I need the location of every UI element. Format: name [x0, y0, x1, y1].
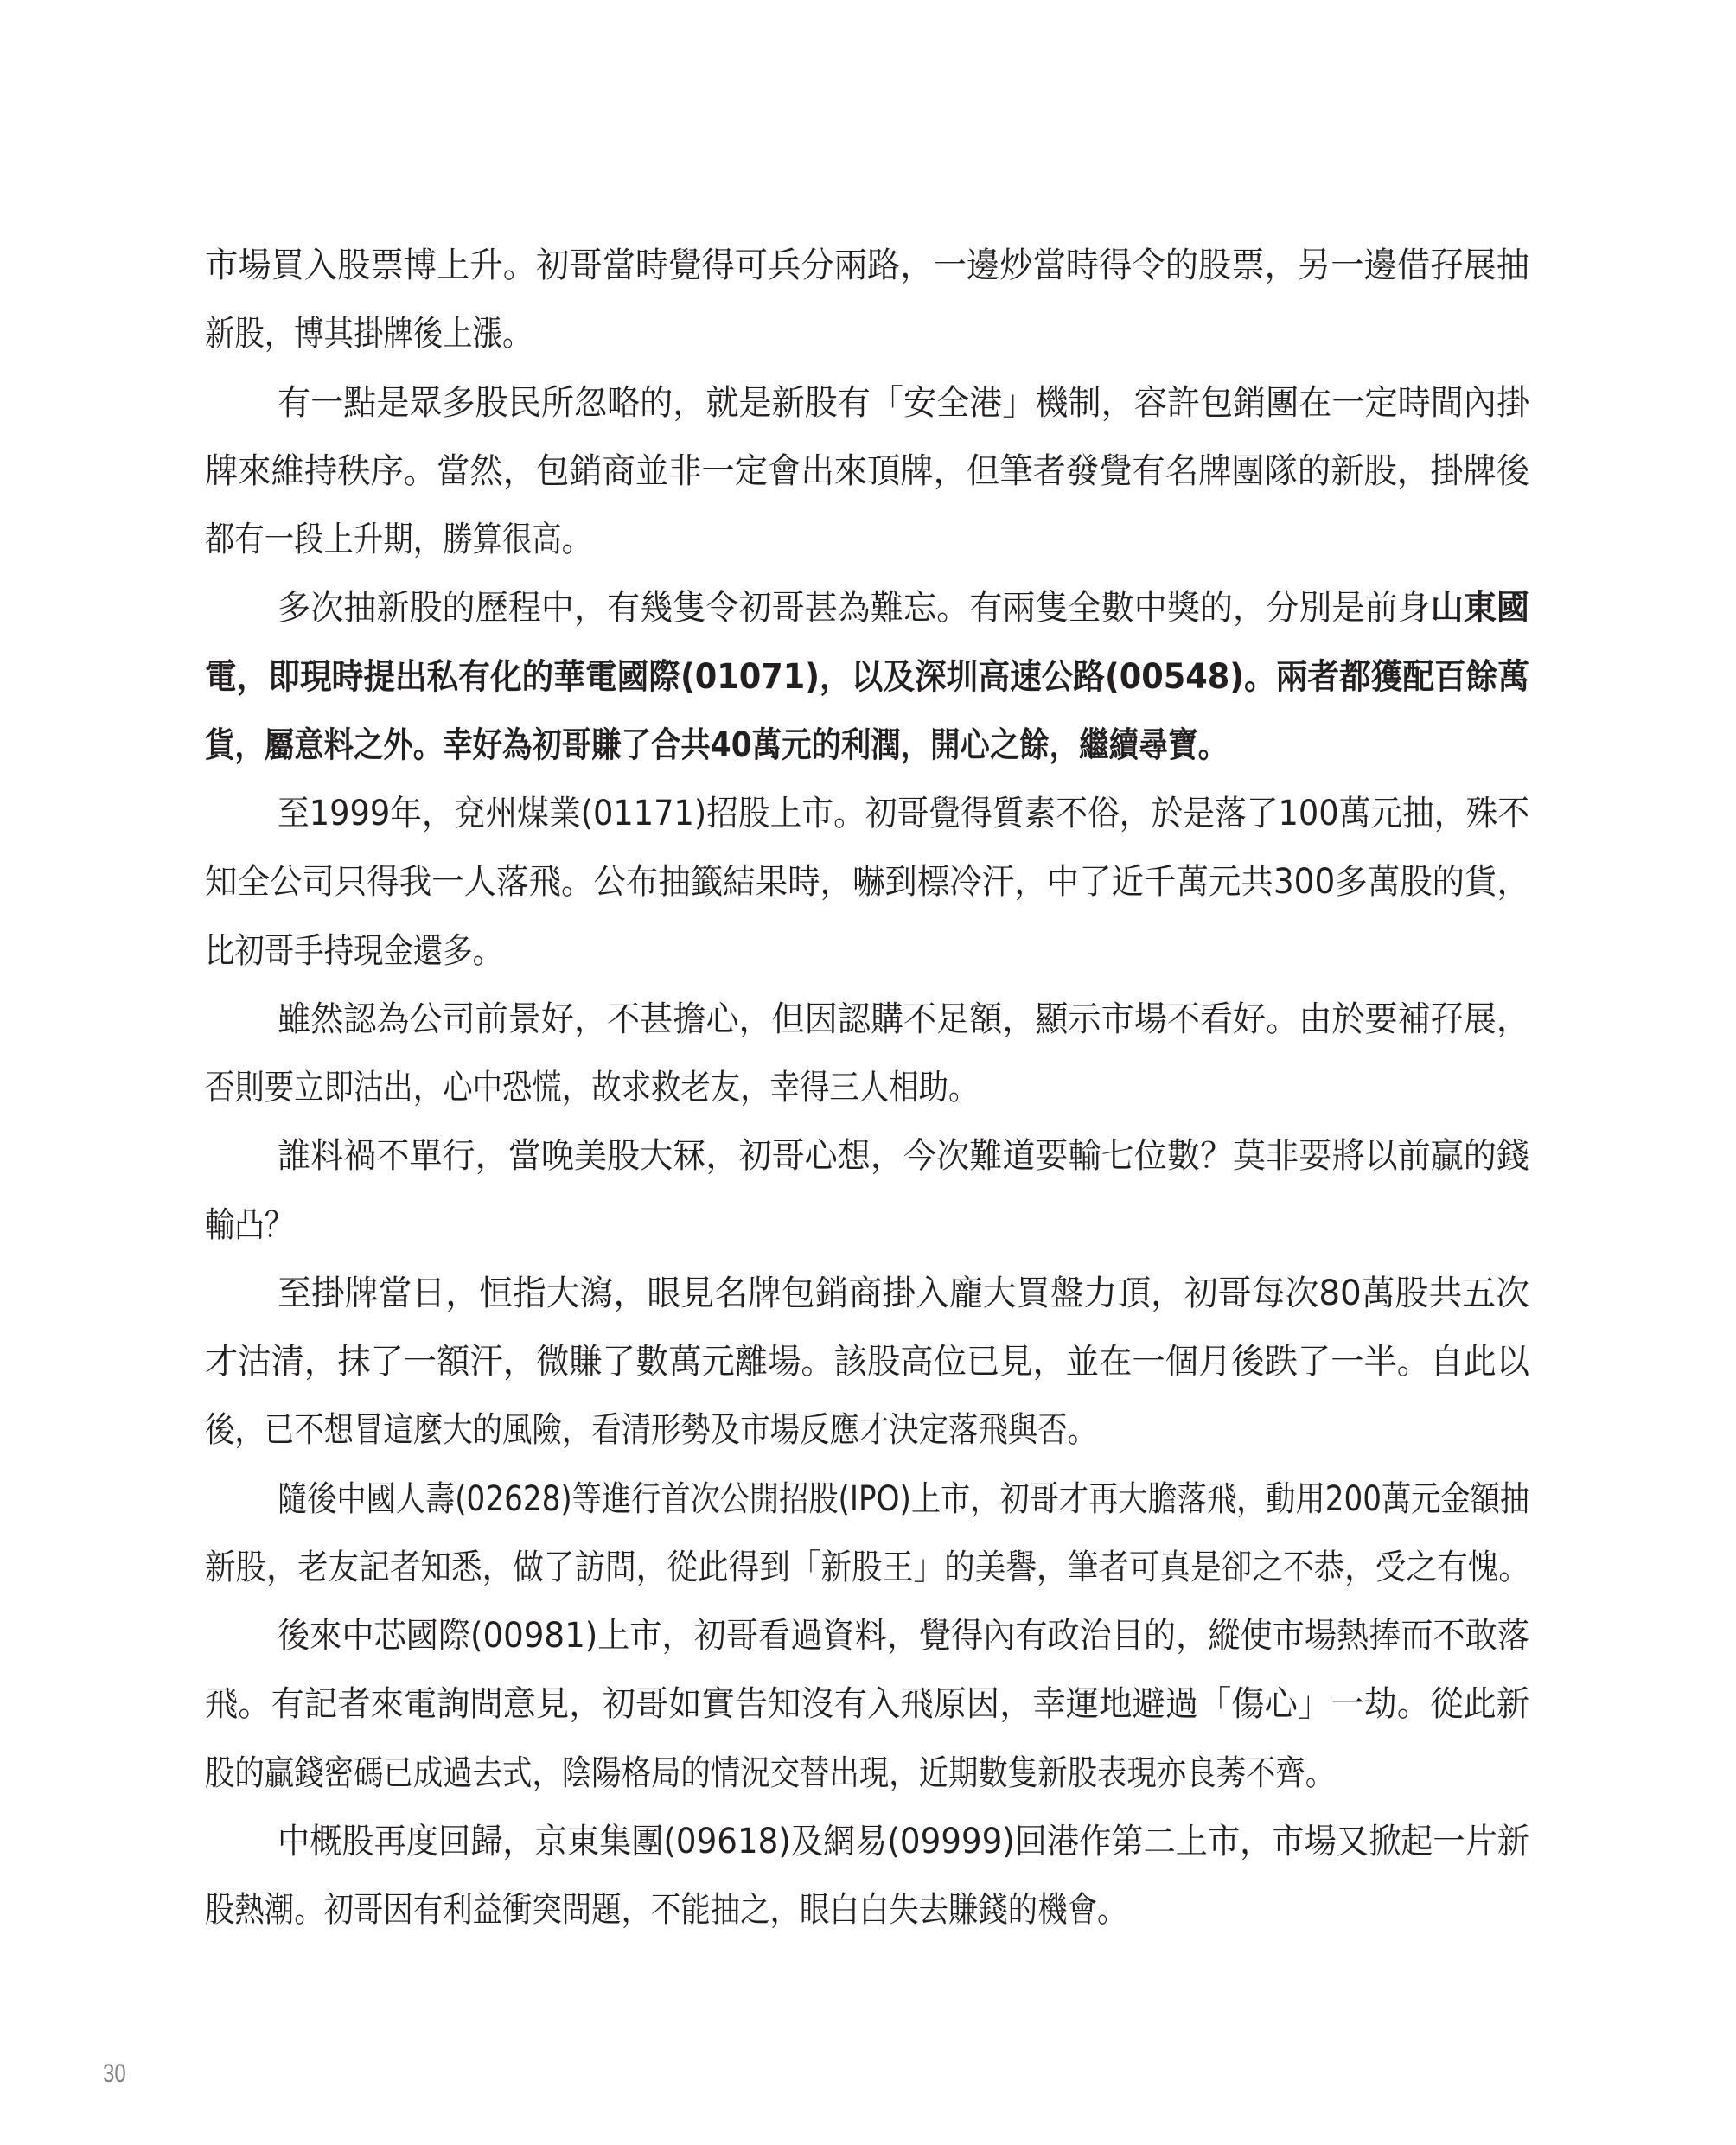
- text-segment: 飛。有記者來電詢問意見，初哥如實告知沒有入飛原因，幸運地避過「傷心」一劫。從此新: [205, 1684, 1529, 1724]
- text-line: 誰料禍不單行，當晚美股大冧，初哥心想，今次難道要輸七位數？莫非要將以前贏的錢: [205, 1122, 1529, 1191]
- text-segment: 後來中芯國際(00981)上市，初哥看過資料，覺得內有政治目的，縱使市場熱捧而不…: [278, 1616, 1529, 1656]
- text-line: 有一點是眾多股民所忽略的，就是新股有「安全港」機制，容許包銷團在一定時間內掛: [205, 369, 1529, 437]
- text-line: 中概股再度回歸，京東集團(09618)及網易(09999)回港作第二上市，市場又…: [205, 1808, 1529, 1876]
- paragraph: 至掛牌當日，恒指大瀉，眼見名牌包銷商掛入龐大買盤力頂，初哥每次80萬股共五次 才…: [205, 1260, 1529, 1465]
- text-segment: 有一點是眾多股民所忽略的，就是新股有「安全港」機制，容許包銷團在一定時間內掛: [278, 383, 1529, 423]
- text-line: 後來中芯國際(00981)上市，初哥看過資料，覺得內有政治目的，縱使市場熱捧而不…: [205, 1602, 1529, 1670]
- article-body: 市場買入股票博上升。初哥當時覺得可兵分兩路，一邊炒當時得令的股票，另一邊借孖展抽…: [205, 232, 1529, 1944]
- text-segment: 市場買入股票博上升。初哥當時覺得可兵分兩路，一邊炒當時得令的股票，另一邊借孖展抽: [205, 246, 1529, 285]
- text-line: 至1999年，兗州煤業(01171)招股上市。初哥覺得質素不俗，於是落了100萬…: [205, 780, 1529, 848]
- text-line: 後，已不想冒這麼大的風險，看清形勢及市場反應才決定落飛與否。: [205, 1396, 1529, 1465]
- text-line: 才沽清，抹了一額汗，微賺了數萬元離場。該股高位已見，並在一個月後跌了一半。自此以: [205, 1328, 1529, 1396]
- text-line: 貨，屬意料之外。幸好為初哥賺了合共40萬元的利潤，開心之餘，繼續尋寶。: [205, 712, 1529, 780]
- paragraph: 市場買入股票博上升。初哥當時覺得可兵分兩路，一邊炒當時得令的股票，另一邊借孖展抽…: [205, 232, 1529, 369]
- text-line: 市場買入股票博上升。初哥當時覺得可兵分兩路，一邊炒當時得令的股票，另一邊借孖展抽: [205, 232, 1529, 300]
- text-line: 電，即現時提出私有化的華電國際(01071)，以及深圳高速公路(00548)。兩…: [205, 643, 1529, 712]
- text-line: 否則要立即沽出，心中恐慌，故求救老友，幸得三人相助。: [205, 1054, 1529, 1122]
- text-segment: 都有一段上升期，勝算很高。: [205, 520, 591, 559]
- text-segment: 誰料禍不單行，當晚美股大冧，初哥心想，今次難道要輸七位數？莫非要將以前贏的錢: [278, 1136, 1529, 1176]
- text-segment: 隨後中國人壽(02628)等進行首次公開招股(IPO)上市，初哥才再大膽落飛，動…: [278, 1479, 1529, 1519]
- paragraph: 中概股再度回歸，京東集團(09618)及網易(09999)回港作第二上市，市場又…: [205, 1808, 1529, 1945]
- document-page: 市場買入股票博上升。初哥當時覺得可兵分兩路，一邊炒當時得令的股票，另一邊借孖展抽…: [0, 0, 1736, 2145]
- text-line: 飛。有記者來電詢問意見，初哥如實告知沒有入飛原因，幸運地避過「傷心」一劫。從此新: [205, 1670, 1529, 1739]
- paragraph: 隨後中國人壽(02628)等進行首次公開招股(IPO)上市，初哥才再大膽落飛，動…: [205, 1465, 1529, 1603]
- text-segment: 至1999年，兗州煤業(01171)招股上市。初哥覺得質素不俗，於是落了100萬…: [278, 794, 1529, 833]
- text-line: 新股，老友記者知悉，做了訪問，從此得到「新股王」的美譽，筆者可真是卻之不恭，受之…: [205, 1534, 1529, 1602]
- text-segment: 否則要立即沽出，心中恐慌，故求救老友，幸得三人相助。: [205, 1068, 978, 1108]
- bold-text-segment: 山東國: [1431, 588, 1529, 628]
- text-segment: 牌來維持秩序。當然，包銷商並非一定會出來頂牌，但筆者發覺有名牌團隊的新股，掛牌後: [205, 451, 1529, 491]
- text-segment: 知全公司只得我一人落飛。公布抽籤結果時，嚇到標冷汗，中了近千萬元共300多萬股的…: [205, 862, 1529, 902]
- text-line: 輸凸？: [205, 1191, 1529, 1260]
- paragraph: 誰料禍不單行，當晚美股大冧，初哥心想，今次難道要輸七位數？莫非要將以前贏的錢 輸…: [205, 1122, 1529, 1260]
- text-segment: 至掛牌當日，恒指大瀉，眼見名牌包銷商掛入龐大買盤力頂，初哥每次80萬股共五次: [278, 1274, 1529, 1313]
- text-line: 隨後中國人壽(02628)等進行首次公開招股(IPO)上市，初哥才再大膽落飛，動…: [205, 1465, 1529, 1534]
- bold-text-segment: 電，即現時提出私有化的華電國際(01071)，以及深圳高速公路(00548)。兩…: [205, 657, 1529, 697]
- text-segment: 股熱潮。初哥因有利益衝突問題，不能抽之，眼白白失去賺錢的機會。: [205, 1890, 1126, 1930]
- paragraph-highlighted: 多次抽新股的歷程中，有幾隻令初哥甚為難忘。有兩隻全數中獎的，分別是前身山東國 電…: [205, 574, 1529, 780]
- text-line: 股的贏錢密碼已成過去式，陰陽格局的情況交替出現，近期數隻新股表現亦良莠不齊。: [205, 1740, 1529, 1808]
- text-segment: 中概股再度回歸，京東集團(09618)及網易(09999)回港作第二上市，市場又…: [278, 1822, 1529, 1861]
- text-segment: 新股，老友記者知悉，做了訪問，從此得到「新股王」的美譽，筆者可真是卻之不恭，受之…: [205, 1548, 1529, 1587]
- text-line: 牌來維持秩序。當然，包銷商並非一定會出來頂牌，但筆者發覺有名牌團隊的新股，掛牌後: [205, 437, 1529, 506]
- text-segment: 股的贏錢密碼已成過去式，陰陽格局的情況交替出現，近期數隻新股表現亦良莠不齊。: [205, 1753, 1335, 1793]
- paragraph: 至1999年，兗州煤業(01171)招股上市。初哥覺得質素不俗，於是落了100萬…: [205, 780, 1529, 986]
- paragraph: 雖然認為公司前景好，不甚擔心，但因認購不足額，顯示市場不看好。由於要補孖展， 否…: [205, 986, 1529, 1123]
- bold-text-segment: 貨，屬意料之外。幸好為初哥賺了合共40萬元的利潤，開心之餘，繼續尋寶。: [205, 725, 1228, 765]
- text-segment: 多次抽新股的歷程中，有幾隻令初哥甚為難忘。有兩隻全數中獎的，分別是前身: [278, 588, 1431, 628]
- paragraph: 有一點是眾多股民所忽略的，就是新股有「安全港」機制，容許包銷團在一定時間內掛 牌…: [205, 369, 1529, 575]
- text-segment: 後，已不想冒這麼大的風險，看清形勢及市場反應才決定落飛與否。: [205, 1410, 1097, 1450]
- text-segment: 才沽清，抹了一額汗，微賺了數萬元離場。該股高位已見，並在一個月後跌了一半。自此以: [205, 1342, 1529, 1382]
- text-line: 知全公司只得我一人落飛。公布抽籤結果時，嚇到標冷汗，中了近千萬元共300多萬股的…: [205, 848, 1529, 916]
- text-line: 至掛牌當日，恒指大瀉，眼見名牌包銷商掛入龐大買盤力頂，初哥每次80萬股共五次: [205, 1260, 1529, 1328]
- text-segment: 雖然認為公司前景好，不甚擔心，但因認購不足額，顯示市場不看好。由於要補孖展，: [278, 999, 1529, 1039]
- text-segment: 比初哥手持現金還多。: [205, 931, 502, 971]
- paragraph: 後來中芯國際(00981)上市，初哥看過資料，覺得內有政治目的，縱使市場熱捧而不…: [205, 1602, 1529, 1808]
- text-line: 雖然認為公司前景好，不甚擔心，但因認購不足額，顯示市場不看好。由於要補孖展，: [205, 986, 1529, 1054]
- text-line: 股熱潮。初哥因有利益衝突問題，不能抽之，眼白白失去賺錢的機會。: [205, 1876, 1529, 1944]
- text-line: 比初哥手持現金還多。: [205, 917, 1529, 986]
- text-line: 新股，博其掛牌後上漲。: [205, 300, 1529, 368]
- text-line: 多次抽新股的歷程中，有幾隻令初哥甚為難忘。有兩隻全數中獎的，分別是前身山東國: [205, 574, 1529, 642]
- text-segment: 新股，博其掛牌後上漲。: [205, 314, 532, 354]
- text-line: 都有一段上升期，勝算很高。: [205, 506, 1529, 574]
- page-number: 30: [103, 2059, 126, 2089]
- text-segment: 輸凸？: [205, 1205, 294, 1245]
